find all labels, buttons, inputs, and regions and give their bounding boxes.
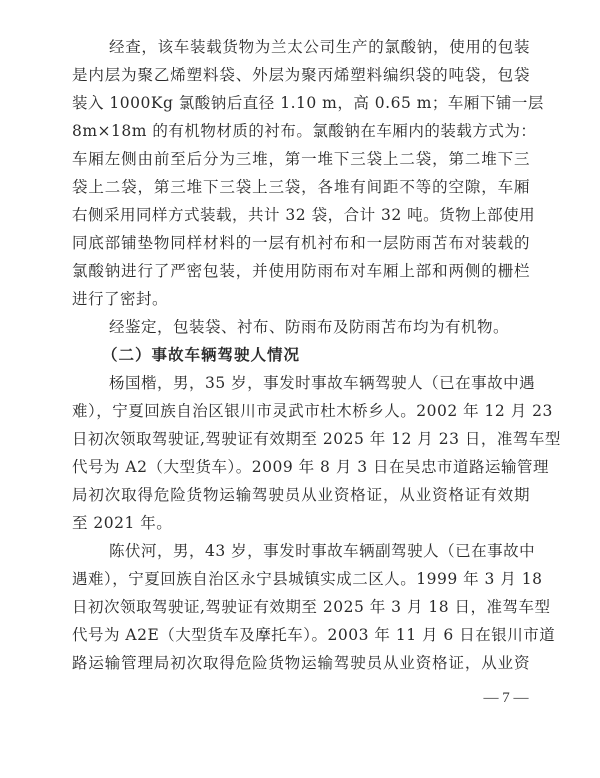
text-line: 至 2021 年。 [72,509,530,537]
text-line: 车厢左侧由前至后分为三堆，第一堆下三袋上二袋，第二堆下三 [72,145,530,173]
paragraph-cargo-packaging: 经查，该车装载货物为兰太公司生产的氯酸钠，使用的包装 是内层为聚乙烯塑料袋、外层… [72,33,530,313]
text-line: 是内层为聚乙烯塑料袋、外层为聚丙烯塑料编织袋的吨袋，包袋 [72,61,530,89]
document-page: 经查，该车装载货物为兰太公司生产的氯酸钠，使用的包装 是内层为聚乙烯塑料袋、外层… [72,33,530,677]
paragraph-driver-yang: 杨国楷，男，35 岁，事发时事故车辆驾驶人（已在事故中遇 难），宁夏回族自治区银… [72,369,530,537]
text-line: 代号为 A2（大型货车）。2009 年 8 月 3 日在吴忠市道路运输管理 [72,453,530,481]
text-line: 难），宁夏回族自治区银川市灵武市杜木桥乡人。2002 年 12 月 23 [72,397,530,425]
text-line: 陈伏河，男，43 岁，事发时事故车辆副驾驶人（已在事故中 [72,537,530,565]
paragraph-appraisal: 经鉴定，包装袋、衬布、防雨布及防雨苫布均为有机物。 [72,313,530,341]
text-line: 装入 1000Kg 氯酸钠后直径 1.10 m，高 0.65 m；车厢下铺一层 [72,89,530,117]
text-line: 日初次领取驾驶证,驾驶证有效期至 2025 年 12 月 23 日，准驾车型 [72,425,530,453]
page-number: — 7 — [478,690,534,707]
text-line: 8m×18m 的有机物材质的衬布。氯酸钠在车厢内的装载方式为： [72,117,530,145]
text-line: 进行了密封。 [72,285,530,313]
text-line: 右侧采用同样方式装载，共计 32 袋，合计 32 吨。货物上部使用 [72,201,530,229]
text-line: 同底部铺垫物同样材料的一层有机衬布和一层防雨苫布对装载的 [72,229,530,257]
text-line: 经查，该车装载货物为兰太公司生产的氯酸钠，使用的包装 [72,33,530,61]
paragraph-driver-chen: 陈伏河，男，43 岁，事发时事故车辆副驾驶人（已在事故中 遇难），宁夏回族自治区… [72,537,530,677]
text-line: 袋上二袋，第三堆下三袋上三袋，各堆有间距不等的空隙，车厢 [72,173,530,201]
text-line: 局初次取得危险货物运输驾驶员从业资格证，从业资格证有效期 [72,481,530,509]
text-line: 遇难），宁夏回族自治区永宁县城镇实成二区人。1999 年 3 月 18 [72,565,530,593]
text-line: 氯酸钠进行了严密包装，并使用防雨布对车厢上部和两侧的栅栏 [72,257,530,285]
text-line: 日初次领取驾驶证,驾驶证有效期至 2025 年 3 月 18 日，准驾车型 [72,593,530,621]
text-line: 经鉴定，包装袋、衬布、防雨布及防雨苫布均为有机物。 [72,313,530,341]
heading-driver-info: （二）事故车辆驾驶人情况 [72,341,530,369]
text-line: 代号为 A2E（大型货车及摩托车）。2003 年 11 月 6 日在银川市道 [72,621,530,649]
section-heading: （二）事故车辆驾驶人情况 [72,341,530,369]
text-line: 路运输管理局初次取得危险货物运输驾驶员从业资格证，从业资 [72,649,530,677]
text-line: 杨国楷，男，35 岁，事发时事故车辆驾驶人（已在事故中遇 [72,369,530,397]
